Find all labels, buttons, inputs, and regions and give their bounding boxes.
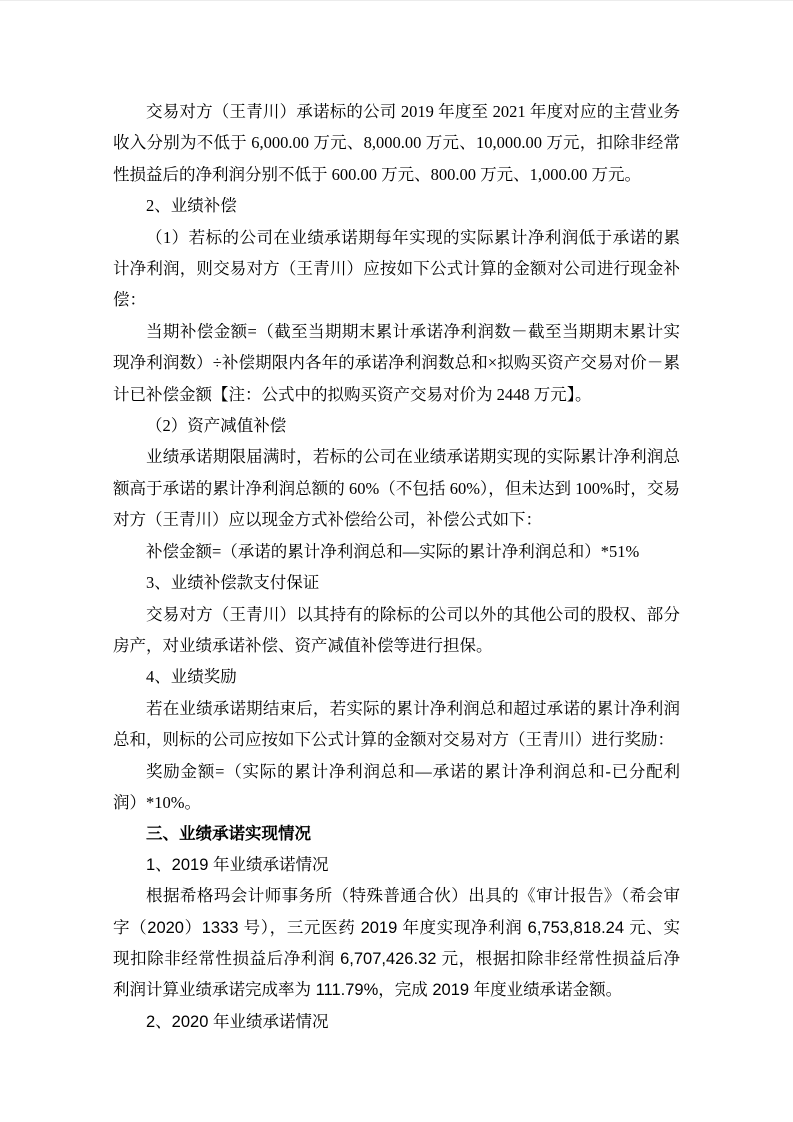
- subheading-performance-compensation: 2、业绩补偿: [113, 190, 680, 221]
- paragraph-impairment-condition: 业绩承诺期限届满时，若标的公司在业绩承诺期实现的实际累计净利润总额高于承诺的累计…: [113, 441, 680, 535]
- paragraph-compensation-formula: 当期补偿金额=（截至当期期末累计承诺净利润数－截至当期期末累计实现净利润数）÷补…: [113, 316, 680, 410]
- section-heading-commitment-fulfillment: 三、业绩承诺实现情况: [113, 818, 680, 849]
- document-page: 交易对方（王青川）承诺标的公司 2019 年度至 2021 年度对应的主营业务收…: [0, 0, 793, 1122]
- paragraph-guarantee-detail: 交易对方（王青川）以其持有的除标的公司以外的其他公司的股权、部分房产，对业绩承诺…: [113, 599, 680, 662]
- subheading-2019-commitment: 1、2019 年业绩承诺情况: [113, 850, 680, 881]
- paragraph-2019-audit-result: 根据希格玛会计师事务所（特殊普通合伙）出具的《审计报告》（希会审字（2020）1…: [113, 881, 680, 1007]
- paragraph-impairment-formula: 补偿金额=（承诺的累计净利润总和—实际的累计净利润总和）*51%: [113, 536, 680, 567]
- paragraph-reward-condition: 若在业绩承诺期结束后，若实际的累计净利润总和超过承诺的累计净利润总和，则标的公司…: [113, 693, 680, 756]
- subheading-performance-reward: 4、业绩奖励: [113, 661, 680, 692]
- subheading-payment-guarantee: 3、业绩补偿款支付保证: [113, 567, 680, 598]
- paragraph-cash-compensation-condition: （1）若标的公司在业绩承诺期每年实现的实际累计净利润低于承诺的累计净利润，则交易…: [113, 222, 680, 316]
- subheading-2020-commitment: 2、2020 年业绩承诺情况: [113, 1007, 680, 1038]
- paragraph-reward-formula: 奖励金额=（实际的累计净利润总和—承诺的累计净利润总和-已分配利润）*10%。: [113, 756, 680, 819]
- paragraph-revenue-profit-commitment: 交易对方（王青川）承诺标的公司 2019 年度至 2021 年度对应的主营业务收…: [113, 96, 680, 190]
- subheading-asset-impairment-compensation: （2）资产减值补偿: [113, 410, 680, 441]
- document-content: 交易对方（王青川）承诺标的公司 2019 年度至 2021 年度对应的主营业务收…: [113, 96, 680, 1038]
